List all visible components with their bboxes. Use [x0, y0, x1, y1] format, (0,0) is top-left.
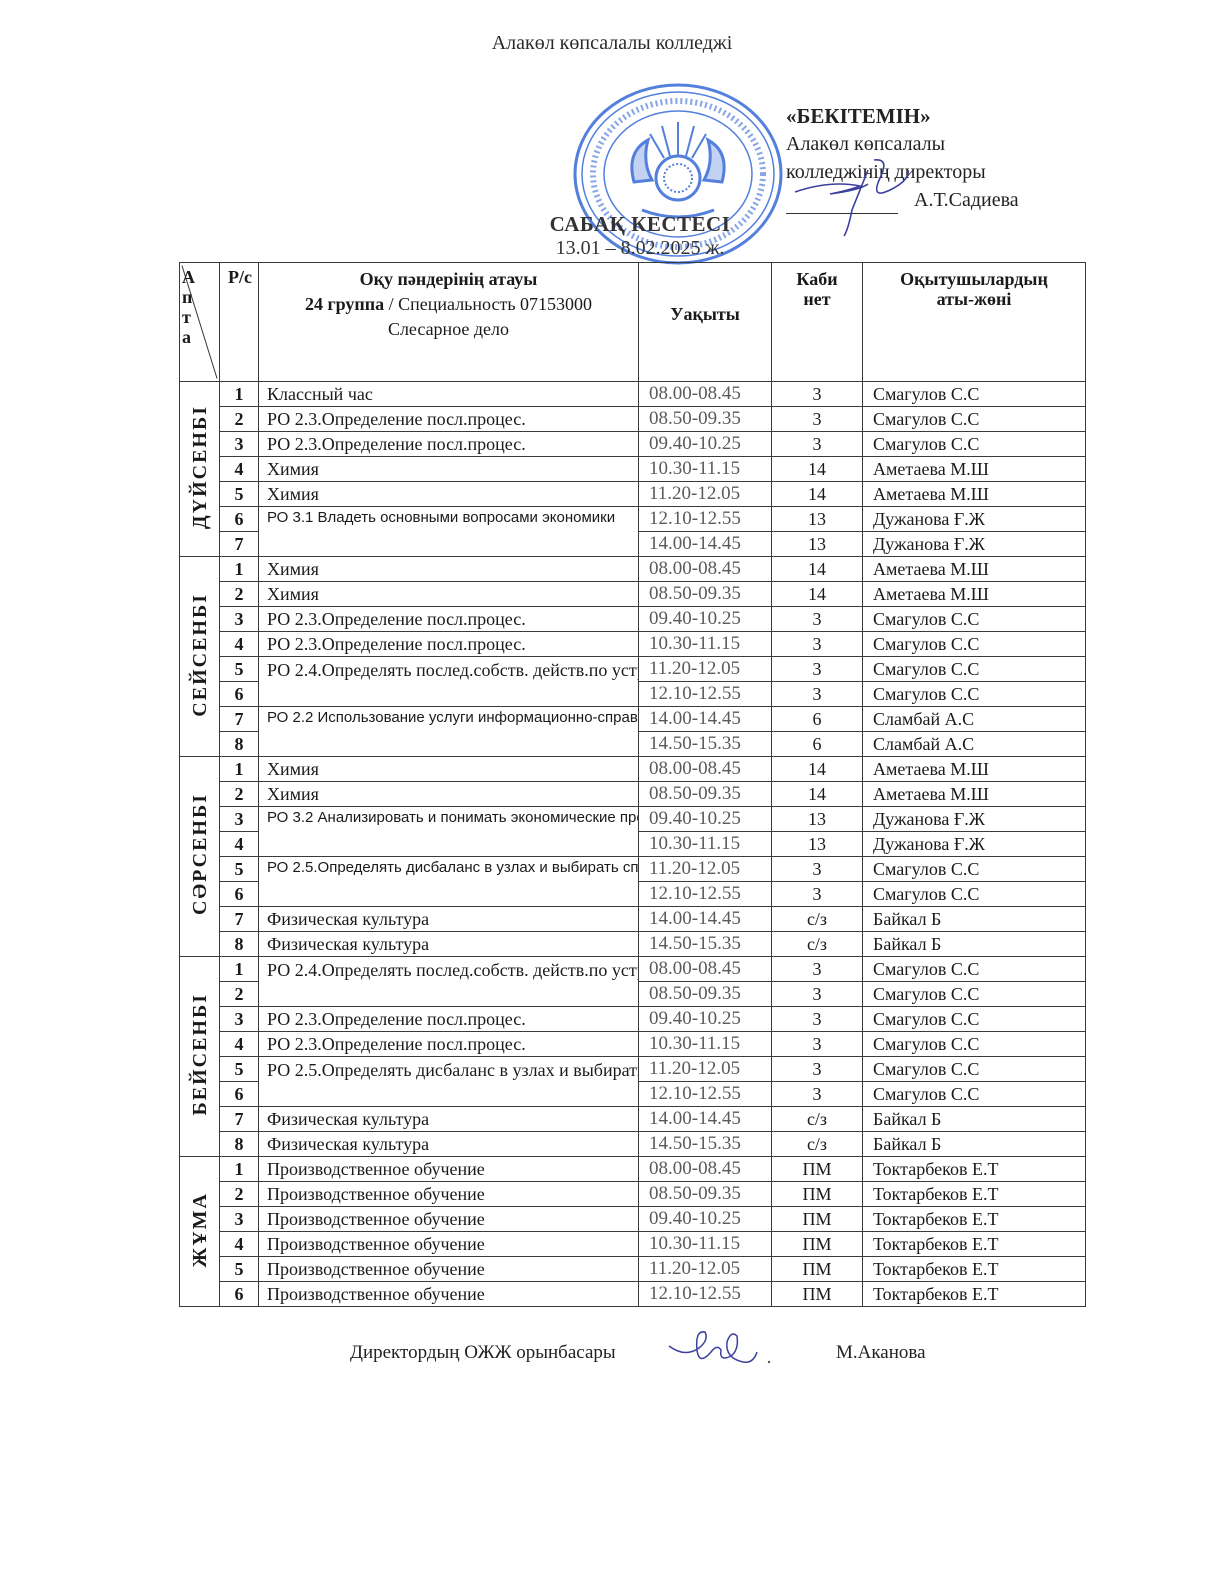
subject-cell: Химия [259, 757, 639, 782]
time-cell: 10.30-11.15 [639, 457, 772, 482]
time-cell: 10.30-11.15 [639, 632, 772, 657]
cabinet-cell: 3 [772, 432, 863, 457]
document-title: САБАҚ КЕСТЕСІ [470, 212, 810, 237]
time-cell: 11.20-12.05 [639, 482, 772, 507]
cabinet-cell: 3 [772, 382, 863, 407]
cabinet-cell: 3 [772, 1057, 863, 1082]
cabinet-cell: 3 [772, 882, 863, 907]
teacher-cell: Смагулов С.С [863, 857, 1086, 882]
time-cell: 14.00-14.45 [639, 707, 772, 732]
subject-cell: Производственное обучение [259, 1207, 639, 1232]
teacher-cell: Смагулов С.С [863, 1082, 1086, 1107]
cabinet-cell: 3 [772, 682, 863, 707]
header-subject: Оқу пәндерінің атауы 24 группа / Специал… [259, 263, 639, 382]
teacher-cell: Смагулов С.С [863, 657, 1086, 682]
day-cell: ЖҰМА [180, 1157, 220, 1307]
teacher-cell: Смагулов С.С [863, 407, 1086, 432]
teacher-cell: Смагулов С.С [863, 982, 1086, 1007]
day-name: ЖҰМА [190, 1192, 210, 1268]
lesson-number: 1 [220, 1157, 259, 1182]
table-row: 3РО 2.3.Определение посл.процес.09.40-10… [180, 432, 1086, 457]
lesson-number: 3 [220, 1207, 259, 1232]
day-group: ДҮЙСЕНБІ1Классный час08.00-08.453Смагуло… [180, 382, 1086, 557]
subject-cell: РО 3.2 Анализировать и понимать экономич… [259, 807, 639, 857]
cabinet-cell: 3 [772, 407, 863, 432]
cabinet-cell: с/з [772, 1132, 863, 1157]
day-cell: СЕЙСЕНБІ [180, 557, 220, 757]
table-row: 5РО 2.5.Определять дисбаланс в узлах и в… [180, 857, 1086, 882]
teacher-cell: Байкал Б [863, 907, 1086, 932]
time-cell: 14.50-15.35 [639, 1132, 772, 1157]
header-teacher: Оқытушылардың аты-жөні [863, 263, 1086, 382]
table-row: 5Производственное обучение11.20-12.05ПМТ… [180, 1257, 1086, 1282]
subject-cell: Физическая культура [259, 1107, 639, 1132]
subject-cell: Физическая культура [259, 932, 639, 957]
day-group: БЕЙСЕНБІ1РО 2.4.Определять послед.собств… [180, 957, 1086, 1157]
subject-cell: РО 3.1 Владеть основными вопросами эконо… [259, 507, 639, 557]
lesson-number: 3 [220, 432, 259, 457]
cabinet-cell: 13 [772, 832, 863, 857]
lesson-number: 4 [220, 1232, 259, 1257]
table-row: 4РО 2.3.Определение посл.процес.10.30-11… [180, 632, 1086, 657]
subject-cell: Химия [259, 557, 639, 582]
teacher-cell: Дужанова Ғ.Ж [863, 507, 1086, 532]
time-cell: 08.00-08.45 [639, 1157, 772, 1182]
table-row: 8Физическая культура14.50-15.35с/зБайкал… [180, 932, 1086, 957]
teacher-cell: Аметаева М.Ш [863, 757, 1086, 782]
lesson-number: 7 [220, 1107, 259, 1132]
teacher-cell: Дужанова Ғ.Ж [863, 807, 1086, 832]
cabinet-cell: 14 [772, 457, 863, 482]
cabinet-cell: 14 [772, 557, 863, 582]
table-row: ЖҰМА1Производственное обучение08.00-08.4… [180, 1157, 1086, 1182]
header-profession: Слесарное дело [259, 317, 638, 342]
table-row: СЕЙСЕНБІ1Химия08.00-08.4514Аметаева М.Ш [180, 557, 1086, 582]
teacher-cell: Дужанова Ғ.Ж [863, 832, 1086, 857]
cabinet-cell: 3 [772, 632, 863, 657]
time-cell: 09.40-10.25 [639, 1207, 772, 1232]
time-cell: 14.00-14.45 [639, 532, 772, 557]
time-cell: 11.20-12.05 [639, 857, 772, 882]
subject-cell: РО 2.3.Определение посл.процес. [259, 1007, 639, 1032]
table-row: 7Физическая культура14.00-14.45с/зБайкал… [180, 907, 1086, 932]
day-name: ДҮЙСЕНБІ [190, 405, 210, 529]
cabinet-cell: 13 [772, 807, 863, 832]
table-row: 2Химия08.50-09.3514Аметаева М.Ш [180, 582, 1086, 607]
lesson-number: 1 [220, 957, 259, 982]
time-cell: 12.10-12.55 [639, 882, 772, 907]
lesson-number: 4 [220, 1032, 259, 1057]
cabinet-cell: 3 [772, 607, 863, 632]
cabinet-cell: ПМ [772, 1282, 863, 1307]
lesson-number: 2 [220, 782, 259, 807]
lesson-number: 7 [220, 907, 259, 932]
teacher-cell: Токтарбеков Е.Т [863, 1182, 1086, 1207]
lesson-number: 5 [220, 857, 259, 882]
teacher-cell: Смагулов С.С [863, 382, 1086, 407]
teacher-cell: Токтарбеков Е.Т [863, 1207, 1086, 1232]
cabinet-cell: с/з [772, 932, 863, 957]
table-row: 2Производственное обучение08.50-09.35ПМТ… [180, 1182, 1086, 1207]
time-cell: 08.50-09.35 [639, 982, 772, 1007]
time-cell: 08.00-08.45 [639, 557, 772, 582]
lesson-number: 7 [220, 532, 259, 557]
deputy-signature-icon [665, 1322, 775, 1372]
cabinet-cell: 3 [772, 957, 863, 982]
lesson-number: 1 [220, 757, 259, 782]
subject-cell: РО 2.3.Определение посл.процес. [259, 1032, 639, 1057]
time-cell: 08.00-08.45 [639, 957, 772, 982]
day-cell: СӘРСЕНБІ [180, 757, 220, 957]
lesson-number: 5 [220, 1257, 259, 1282]
lesson-number: 3 [220, 607, 259, 632]
header-group-line: 24 группа / Специальность 07153000 [259, 292, 638, 317]
cabinet-cell: 6 [772, 707, 863, 732]
table-row: 3Производственное обучение09.40-10.25ПМТ… [180, 1207, 1086, 1232]
header-specialty: / Специальность 07153000 [384, 294, 592, 314]
day-group: СӘРСЕНБІ1Химия08.00-08.4514Аметаева М.Ш2… [180, 757, 1086, 957]
subject-cell: РО 2.4.Определять послед.собств. действ.… [259, 657, 639, 707]
cabinet-cell: с/з [772, 1107, 863, 1132]
time-cell: 14.00-14.45 [639, 1107, 772, 1132]
teacher-cell: Токтарбеков Е.Т [863, 1282, 1086, 1307]
teacher-cell: Байкал Б [863, 932, 1086, 957]
lesson-number: 6 [220, 1082, 259, 1107]
time-cell: 11.20-12.05 [639, 657, 772, 682]
time-cell: 14.50-15.35 [639, 732, 772, 757]
time-cell: 09.40-10.25 [639, 432, 772, 457]
time-cell: 08.50-09.35 [639, 782, 772, 807]
subject-cell: Производственное обучение [259, 1232, 639, 1257]
cabinet-cell: 14 [772, 482, 863, 507]
subject-cell: РО 2.5.Определять дисбаланс в узлах и вы… [259, 857, 639, 907]
time-cell: 14.50-15.35 [639, 932, 772, 957]
table-row: 6РО 3.1 Владеть основными вопросами экон… [180, 507, 1086, 532]
table-header-row: Апта Р/с Оқу пәндерінің атауы 24 группа … [180, 263, 1086, 382]
time-cell: 10.30-11.15 [639, 1232, 772, 1257]
teacher-cell: Токтарбеков Е.Т [863, 1232, 1086, 1257]
cabinet-cell: ПМ [772, 1232, 863, 1257]
time-cell: 09.40-10.25 [639, 807, 772, 832]
teacher-cell: Байкал Б [863, 1107, 1086, 1132]
teacher-cell: Аметаева М.Ш [863, 457, 1086, 482]
day-name: БЕЙСЕНБІ [190, 993, 210, 1115]
cabinet-cell: 14 [772, 782, 863, 807]
day-cell: БЕЙСЕНБІ [180, 957, 220, 1157]
subject-cell: РО 2.2 Использование услуги информационн… [259, 707, 639, 757]
day-cell: ДҮЙСЕНБІ [180, 382, 220, 557]
approval-title: «БЕКІТЕМІН» [786, 102, 1019, 130]
teacher-cell: Аметаева М.Ш [863, 582, 1086, 607]
lesson-number: 8 [220, 732, 259, 757]
subject-cell: Производственное обучение [259, 1182, 639, 1207]
lesson-number: 2 [220, 1182, 259, 1207]
time-cell: 08.00-08.45 [639, 382, 772, 407]
table-row: ДҮЙСЕНБІ1Классный час08.00-08.453Смагуло… [180, 382, 1086, 407]
lesson-number: 1 [220, 557, 259, 582]
table-row: 7Физическая культура14.00-14.45с/зБайкал… [180, 1107, 1086, 1132]
time-cell: 12.10-12.55 [639, 507, 772, 532]
header-teacher-line1: Оқытушылардың [863, 269, 1085, 289]
table-row: 4РО 2.3.Определение посл.процес.10.30-11… [180, 1032, 1086, 1057]
table-row: 2Химия08.50-09.3514Аметаева М.Ш [180, 782, 1086, 807]
subject-cell: РО 2.4.Определять послед.собств. действ.… [259, 957, 639, 1007]
table-row: 4Производственное обучение10.30-11.15ПМТ… [180, 1232, 1086, 1257]
subject-cell: Производственное обучение [259, 1257, 639, 1282]
lesson-number: 3 [220, 1007, 259, 1032]
table-row: 6Производственное обучение12.10-12.55ПМТ… [180, 1282, 1086, 1307]
cabinet-cell: ПМ [772, 1182, 863, 1207]
lesson-number: 5 [220, 657, 259, 682]
table-row: СӘРСЕНБІ1Химия08.00-08.4514Аметаева М.Ш [180, 757, 1086, 782]
cabinet-cell: 14 [772, 582, 863, 607]
cabinet-cell: 13 [772, 532, 863, 557]
lesson-number: 6 [220, 682, 259, 707]
day-group: ЖҰМА1Производственное обучение08.00-08.4… [180, 1157, 1086, 1307]
teacher-cell: Смагулов С.С [863, 432, 1086, 457]
lesson-number: 5 [220, 1057, 259, 1082]
time-cell: 11.20-12.05 [639, 1257, 772, 1282]
lesson-number: 4 [220, 457, 259, 482]
lesson-number: 1 [220, 382, 259, 407]
teacher-cell: Аметаева М.Ш [863, 557, 1086, 582]
lesson-number: 8 [220, 1132, 259, 1157]
subject-cell: Химия [259, 482, 639, 507]
subject-cell: РО 2.3.Определение посл.процес. [259, 407, 639, 432]
cabinet-cell: 6 [772, 732, 863, 757]
time-cell: 10.30-11.15 [639, 832, 772, 857]
table-row: 8Физическая культура14.50-15.35с/зБайкал… [180, 1132, 1086, 1157]
college-name: Алакөл көпсалалы колледжі [0, 32, 1224, 55]
cabinet-cell: ПМ [772, 1257, 863, 1282]
teacher-cell: Смагулов С.С [863, 1057, 1086, 1082]
table-row: 3РО 2.3.Определение посл.процес.09.40-10… [180, 607, 1086, 632]
header-time: Уақыты [639, 263, 772, 382]
footer-role: Директордың ОЖЖ орынбасары [350, 1342, 616, 1364]
teacher-cell: Смагулов С.С [863, 1032, 1086, 1057]
time-cell: 08.00-08.45 [639, 757, 772, 782]
subject-cell: Физическая культура [259, 907, 639, 932]
teacher-cell: Аметаева М.Ш [863, 482, 1086, 507]
time-cell: 08.50-09.35 [639, 1182, 772, 1207]
header-week-label: Апта [182, 267, 192, 347]
footer-name: М.Аканова [836, 1342, 926, 1364]
header-teacher-line2: аты-жөні [863, 289, 1085, 309]
schedule-table: Апта Р/с Оқу пәндерінің атауы 24 группа … [179, 262, 1086, 1307]
table-row: 4Химия10.30-11.1514Аметаева М.Ш [180, 457, 1086, 482]
time-cell: 09.40-10.25 [639, 607, 772, 632]
lesson-number: 3 [220, 807, 259, 832]
subject-cell: Химия [259, 457, 639, 482]
director-signature-icon [790, 150, 940, 240]
cabinet-cell: 3 [772, 1032, 863, 1057]
teacher-cell: Дужанова Ғ.Ж [863, 532, 1086, 557]
teacher-cell: Смагулов С.С [863, 607, 1086, 632]
teacher-cell: Байкал Б [863, 1132, 1086, 1157]
lesson-number: 4 [220, 632, 259, 657]
cabinet-cell: 3 [772, 657, 863, 682]
header-cabinet-line2: нет [772, 289, 862, 309]
time-cell: 10.30-11.15 [639, 1032, 772, 1057]
time-cell: 14.00-14.45 [639, 907, 772, 932]
header-group: 24 группа [305, 294, 384, 314]
teacher-cell: Токтарбеков Е.Т [863, 1157, 1086, 1182]
teacher-cell: Смагулов С.С [863, 1007, 1086, 1032]
lesson-number: 8 [220, 932, 259, 957]
subject-cell: Физическая культура [259, 1132, 639, 1157]
lesson-number: 6 [220, 1282, 259, 1307]
table-row: 7РО 2.2 Использование услуги информацион… [180, 707, 1086, 732]
table-row: 5Химия11.20-12.0514Аметаева М.Ш [180, 482, 1086, 507]
header-num: Р/с [220, 263, 259, 382]
lesson-number: 6 [220, 882, 259, 907]
cabinet-cell: ПМ [772, 1207, 863, 1232]
lesson-number: 7 [220, 707, 259, 732]
cabinet-cell: 3 [772, 1082, 863, 1107]
header-cabinet-line1: Каби [772, 269, 862, 289]
teacher-cell: Смагулов С.С [863, 632, 1086, 657]
lesson-number: 6 [220, 507, 259, 532]
header-week: Апта [180, 263, 220, 382]
table-row: 3РО 3.2 Анализировать и понимать экономи… [180, 807, 1086, 832]
subject-cell: РО 2.3.Определение посл.процес. [259, 632, 639, 657]
teacher-cell: Смагулов С.С [863, 957, 1086, 982]
time-cell: 12.10-12.55 [639, 1082, 772, 1107]
time-cell: 11.20-12.05 [639, 1057, 772, 1082]
teacher-cell: Аметаева М.Ш [863, 782, 1086, 807]
subject-cell: Производственное обучение [259, 1157, 639, 1182]
time-cell: 09.40-10.25 [639, 1007, 772, 1032]
header-subject-title: Оқу пәндерінің атауы [259, 267, 638, 292]
teacher-cell: Сламбай А.С [863, 732, 1086, 757]
teacher-cell: Смагулов С.С [863, 882, 1086, 907]
lesson-number: 5 [220, 482, 259, 507]
table-row: 3РО 2.3.Определение посл.процес.09.40-10… [180, 1007, 1086, 1032]
cabinet-cell: 13 [772, 507, 863, 532]
subject-cell: РО 2.5.Определять дисбаланс в узлах и вы… [259, 1057, 639, 1107]
cabinet-cell: 3 [772, 982, 863, 1007]
subject-cell: Химия [259, 782, 639, 807]
table-row: БЕЙСЕНБІ1РО 2.4.Определять послед.собств… [180, 957, 1086, 982]
subject-cell: РО 2.3.Определение посл.процес. [259, 432, 639, 457]
lesson-number: 4 [220, 832, 259, 857]
day-name: СӘРСЕНБІ [190, 793, 210, 915]
lesson-number: 2 [220, 582, 259, 607]
subject-cell: РО 2.3.Определение посл.процес. [259, 607, 639, 632]
document-period: 13.01 – 8.02.2025 ж. [470, 237, 810, 260]
table-row: 2РО 2.3.Определение посл.процес.08.50-09… [180, 407, 1086, 432]
day-group: СЕЙСЕНБІ1Химия08.00-08.4514Аметаева М.Ш2… [180, 557, 1086, 757]
time-cell: 08.50-09.35 [639, 407, 772, 432]
subject-cell: Химия [259, 582, 639, 607]
subject-cell: Производственное обучение [259, 1282, 639, 1307]
teacher-cell: Токтарбеков Е.Т [863, 1257, 1086, 1282]
cabinet-cell: ПМ [772, 1157, 863, 1182]
day-name: СЕЙСЕНБІ [190, 593, 210, 717]
lesson-number: 2 [220, 407, 259, 432]
teacher-cell: Смагулов С.С [863, 682, 1086, 707]
time-cell: 12.10-12.55 [639, 682, 772, 707]
cabinet-cell: с/з [772, 907, 863, 932]
cabinet-cell: 3 [772, 857, 863, 882]
table-row: 5РО 2.5.Определять дисбаланс в узлах и в… [180, 1057, 1086, 1082]
cabinet-cell: 3 [772, 1007, 863, 1032]
cabinet-cell: 14 [772, 757, 863, 782]
time-cell: 12.10-12.55 [639, 1282, 772, 1307]
lesson-number: 2 [220, 982, 259, 1007]
table-row: 5РО 2.4.Определять послед.собств. действ… [180, 657, 1086, 682]
header-cabinet: Каби нет [772, 263, 863, 382]
teacher-cell: Сламбай А.С [863, 707, 1086, 732]
time-cell: 08.50-09.35 [639, 582, 772, 607]
subject-cell: Классный час [259, 382, 639, 407]
